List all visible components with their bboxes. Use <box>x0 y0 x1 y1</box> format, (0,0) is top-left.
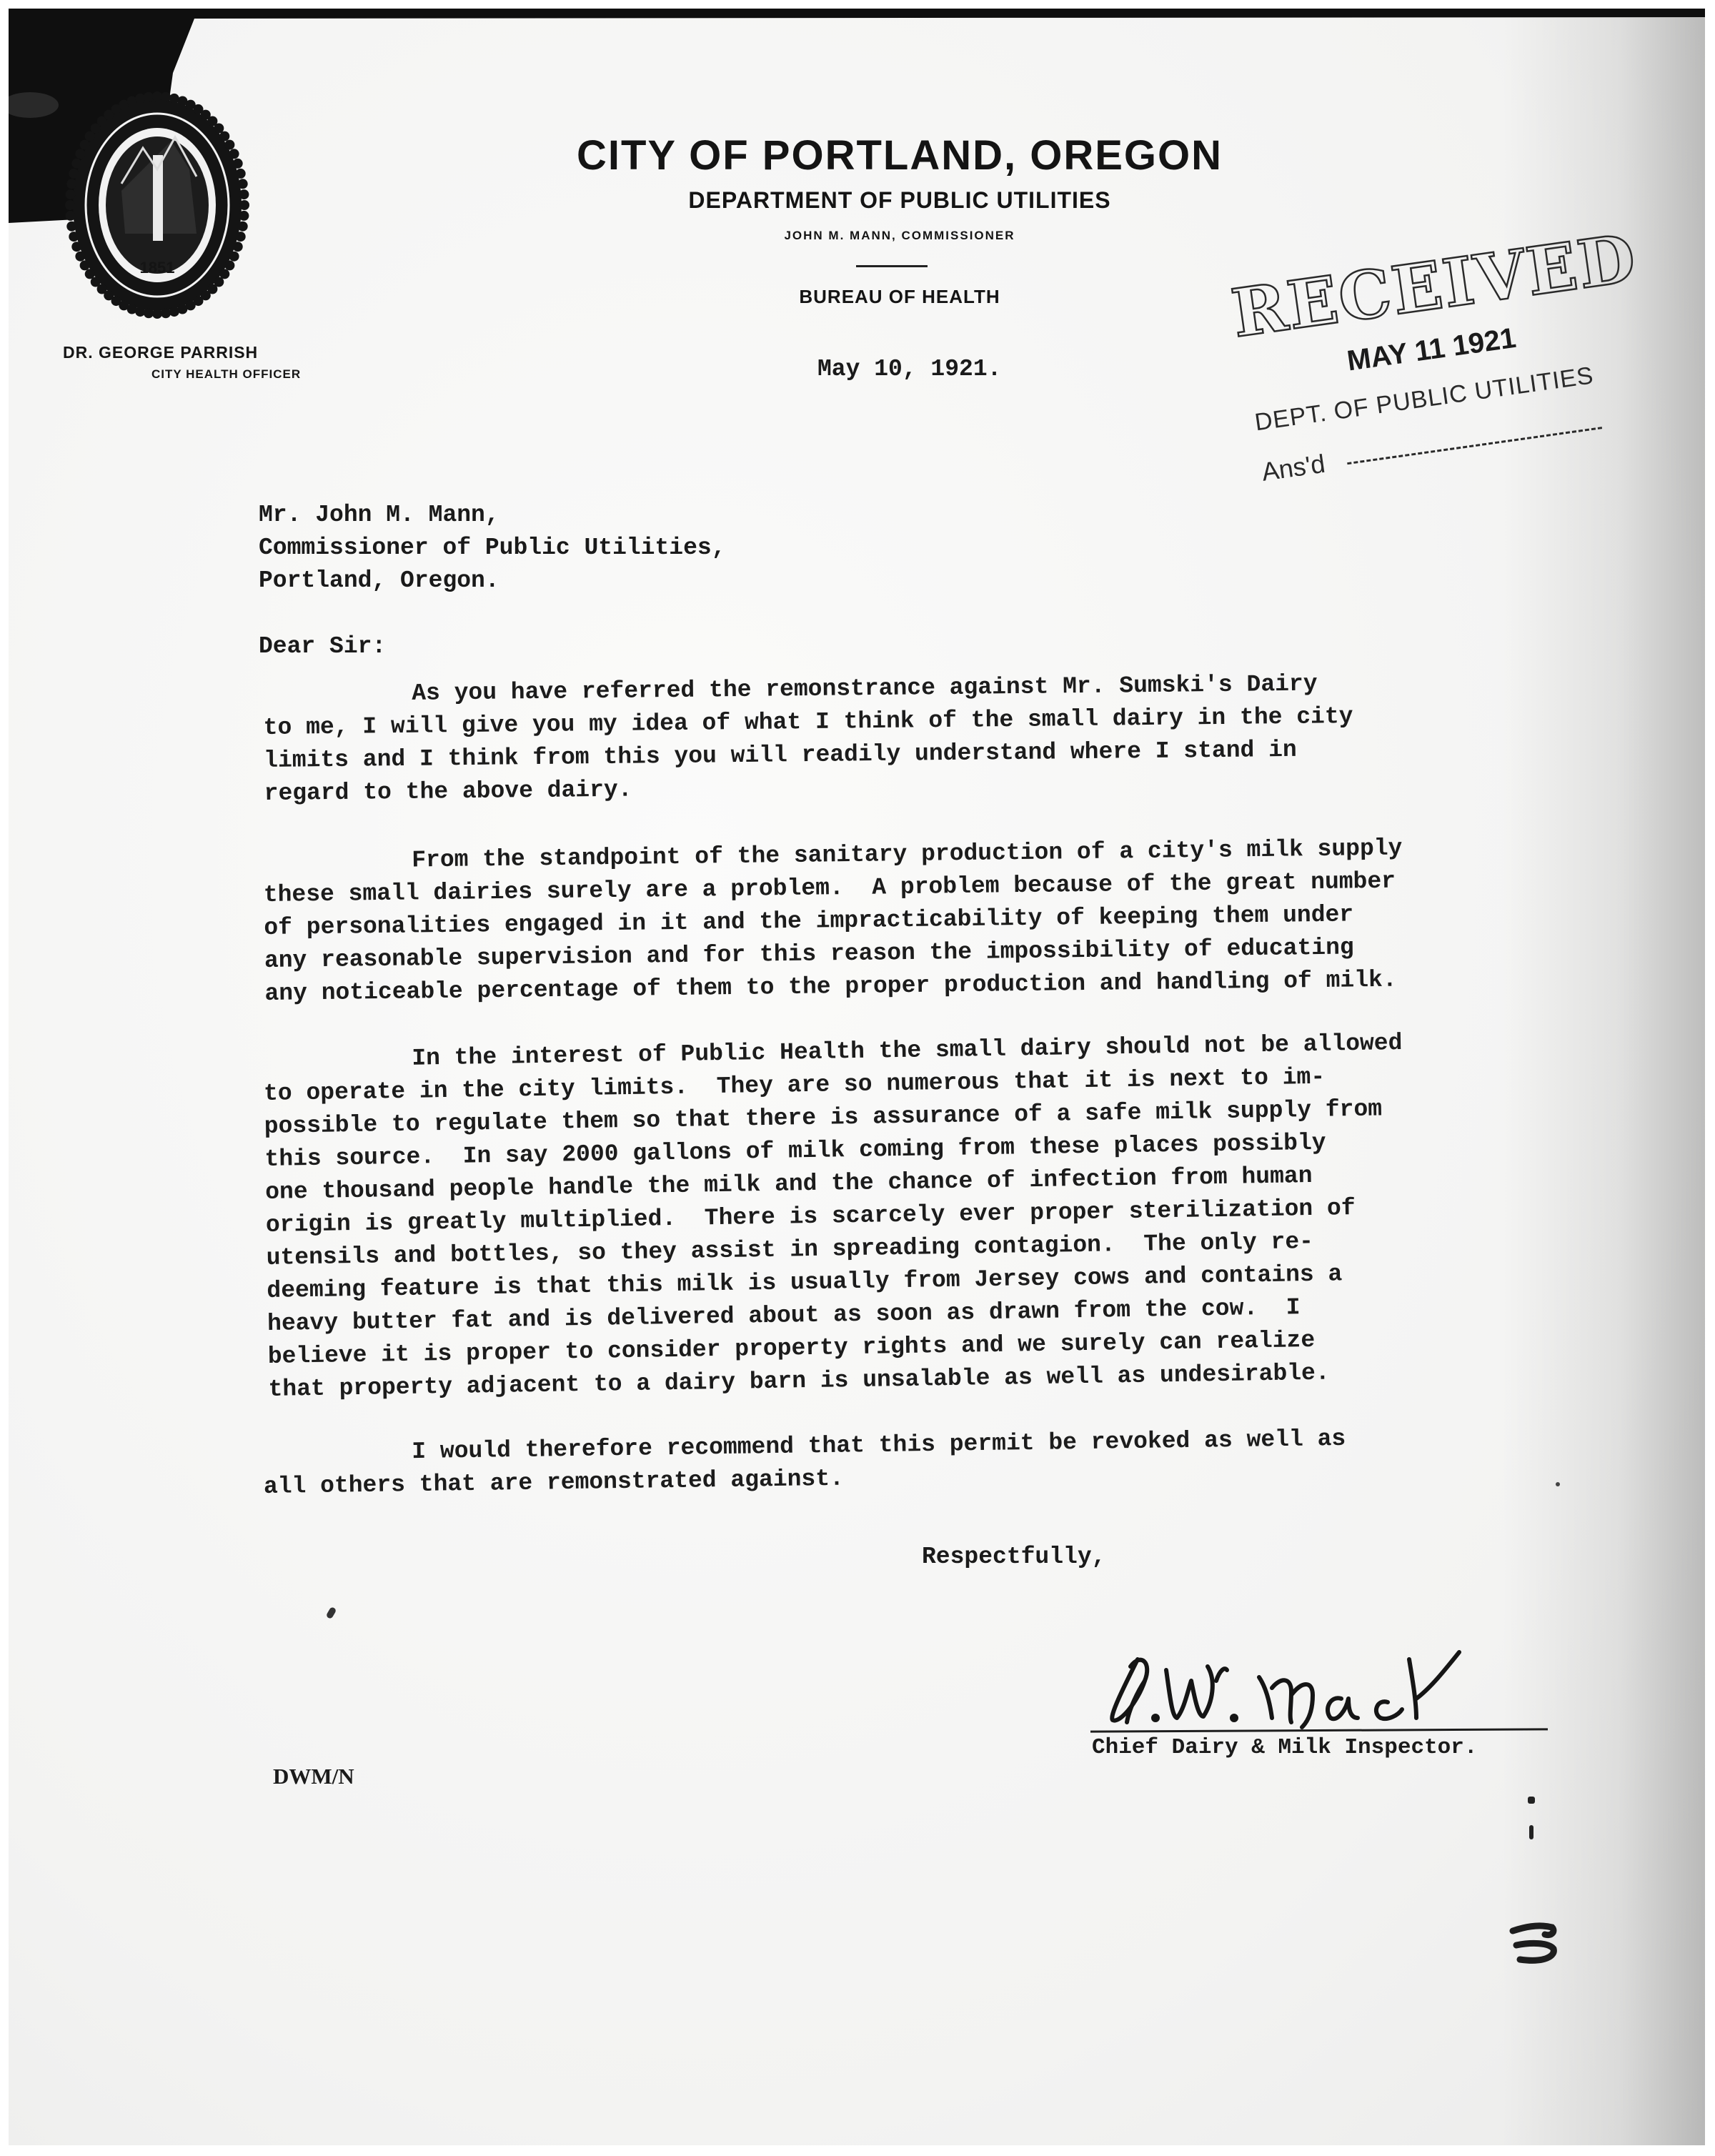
letter-page: 1851 DR. GEORGE PARRISH CITY HEALTH OFFI… <box>9 9 1705 2145</box>
stamp-answered-line <box>1347 427 1602 465</box>
stamp-received-label: RECEIVED <box>1227 219 1641 352</box>
ink-speck <box>1556 1482 1560 1486</box>
body-paragraph: In the interest of Public Health the sma… <box>263 1024 1591 1406</box>
recipient-line: Mr. John M. Mann, <box>259 503 499 527</box>
stamp-department: DEPT. OF PUBLIC UTILITIES <box>1253 362 1596 437</box>
body-paragraph: From the standpoint of the sanitary prod… <box>263 830 1587 1010</box>
letterhead-department: DEPARTMENT OF PUBLIC UTILITIES <box>51 187 1705 214</box>
signatory-title: Chief Dairy & Milk Inspector. <box>1092 1737 1478 1759</box>
recipient-line: Portland, Oregon. <box>259 569 499 592</box>
svg-text:1851: 1851 <box>140 259 175 277</box>
reference-initials: DWM/N <box>273 1765 354 1787</box>
letterhead-city: CITY OF PORTLAND, OREGON <box>51 131 1705 179</box>
ink-speck <box>326 1606 337 1619</box>
stamp-answered-label: Ans'd <box>1260 449 1327 487</box>
letter-date: May 10, 1921. <box>817 357 1001 381</box>
body-paragraph: I would therefore recommend that this pe… <box>263 1419 1586 1504</box>
salutation: Dear Sir: <box>259 635 386 658</box>
body-paragraph: As you have referred the remonstrance ag… <box>263 665 1586 810</box>
health-officer-name: DR. GEORGE PARRISH <box>63 343 258 362</box>
closing: Respectfully, <box>922 1545 1105 1569</box>
letterhead-divider <box>856 265 928 267</box>
recipient-line: Commissioner of Public Utilities, <box>259 536 726 560</box>
handwritten-signature: D.W. Mack <box>1088 1638 1602 1731</box>
received-stamp: RECEIVED MAY 11 1921 DEPT. OF PUBLIC UTI… <box>1195 196 1629 520</box>
margin-marks <box>1495 1781 1566 1995</box>
health-officer-title: CITY HEALTH OFFICER <box>151 367 301 382</box>
